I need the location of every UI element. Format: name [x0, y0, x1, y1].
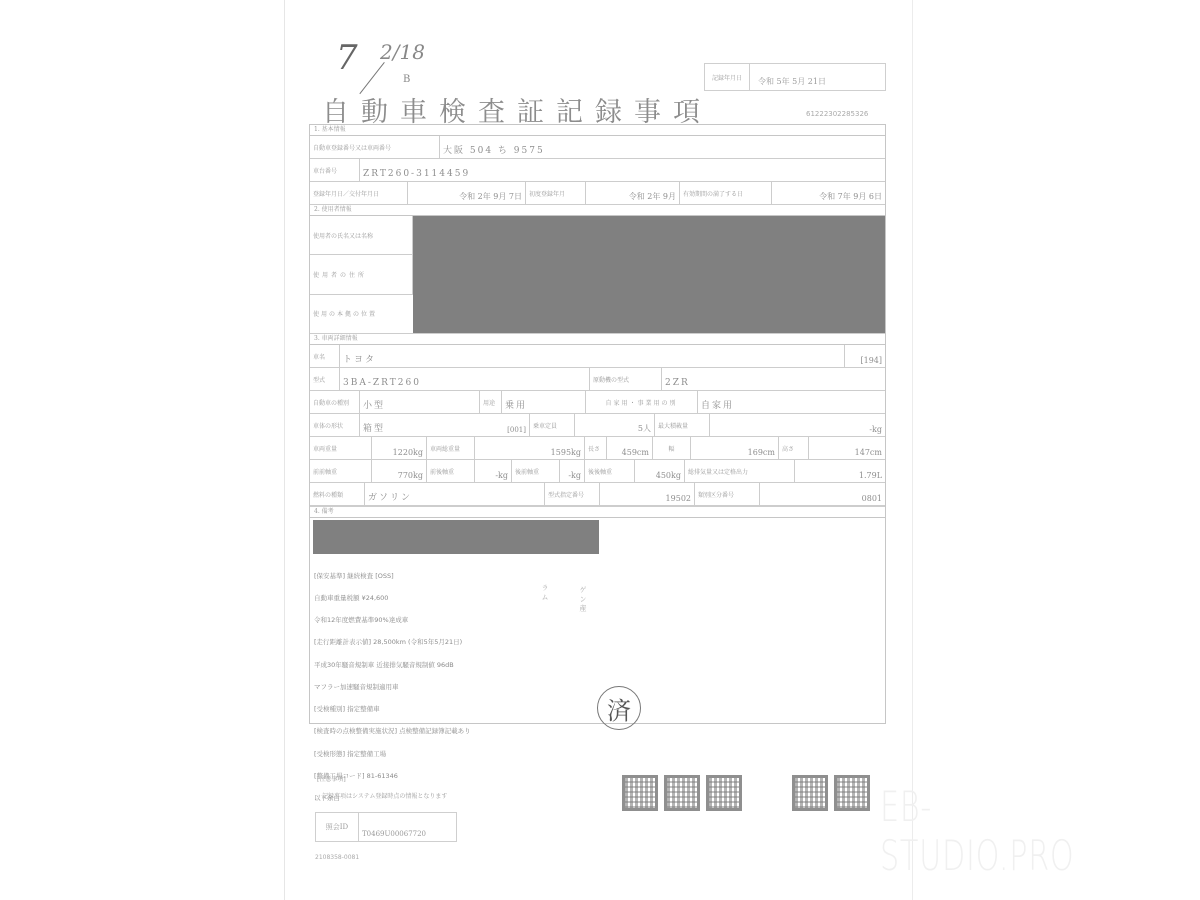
footer-code: 2108358-0081	[315, 854, 359, 861]
ff-axle-value: 770kg	[372, 460, 427, 482]
issue-id-value: T0469U00067720	[359, 813, 456, 841]
user-name-label: 使用者の氏名又は名称	[310, 216, 413, 255]
record-date-label: 記録年月日	[705, 64, 750, 90]
model-label: 型式	[310, 368, 340, 390]
model-row: 型式 3BA-ZRT260 原動機の型式 2ZR	[310, 368, 885, 391]
gross-value: 1595kg	[475, 437, 585, 459]
user-base-label: 使用の本拠の位置	[310, 295, 413, 333]
notes-line: 平成30年騒音規制車 近接排気騒音規制値 96dB	[314, 662, 471, 669]
notes-line: [走行距離計表示値] 28,500km (令和5年5月21日)	[314, 639, 471, 646]
displacement-label: 総排気量又は定格出力	[685, 460, 795, 482]
section-user-heading: 2. 使用者情報	[310, 205, 885, 216]
width-label: 幅	[653, 437, 691, 459]
notes-line: 令和12年度燃費基準90%達成車	[314, 617, 471, 624]
handwritten-letter: B	[403, 74, 410, 85]
issue-id-label: 照会ID	[316, 813, 359, 841]
capacity-value: 5人	[575, 414, 655, 436]
fr-axle-label: 前後軸重	[427, 460, 475, 482]
notes-line: [検査時の点検整備実施状況] 点検整備記録簿記載あり	[314, 728, 471, 735]
reg-date-value: 令和 2年 9月 7日	[408, 182, 526, 204]
category-value: 0801	[760, 483, 885, 505]
private-value: 自家用	[698, 391, 885, 413]
type-value: 小型	[360, 391, 480, 413]
reg-date-label: 登録年月日／交付年月日	[310, 182, 408, 204]
fr-axle-value: -kg	[475, 460, 512, 482]
body-value: 箱型 [001]	[360, 414, 530, 436]
serial-number: 61222302285326	[806, 110, 868, 118]
issue-id-box: 照会ID T0469U00067720	[315, 812, 457, 842]
maker-code: [194]	[845, 345, 885, 367]
axle-row: 前前軸重 770kg 前後軸重 -kg 後前軸重 -kg 後後軸重 450kg …	[310, 460, 885, 483]
watermark: EB-STUDIO.PRO	[880, 782, 1110, 880]
page-edge-left	[284, 0, 285, 900]
body-row: 車体の形状 箱型 [001] 乗車定員 5人 最大積載量 -kg	[310, 414, 885, 437]
weight-row: 車両重量 1220kg 車両総重量 1595kg 長さ 459cm 幅 169c…	[310, 437, 885, 460]
section-notes-heading: 4. 備考	[310, 506, 885, 518]
notes-line: [保安基準] 継続検査 [OSS]	[314, 573, 471, 580]
notes-line: マフラー加速騒音規制適用車	[314, 684, 471, 691]
model-value: 3BA-ZRT260	[340, 368, 590, 390]
handwritten-vertical-note: ラ ム	[540, 584, 550, 600]
approval-label: 型式指定番号	[545, 483, 600, 505]
weight-label: 車両重量	[310, 437, 372, 459]
qr-code-icon	[664, 775, 700, 811]
page-edge-right	[912, 0, 913, 900]
approval-value: 19502	[600, 483, 695, 505]
rf-axle-value: -kg	[560, 460, 585, 482]
max-load-label: 最大積載量	[655, 414, 710, 436]
type-row: 自動車の種別 小型 用途 乗用 自家用・事業用の別 自家用	[310, 391, 885, 414]
fuel-row: 燃料の種類 ガソリン 型式指定番号 19502 類別区分番号 0801	[310, 483, 885, 506]
engine-label: 原動機の型式	[590, 368, 662, 390]
height-label: 高さ	[779, 437, 809, 459]
capacity-label: 乗車定員	[530, 414, 575, 436]
width-value: 169cm	[691, 437, 779, 459]
registration-value: 大阪 504 ち 9575	[440, 136, 885, 158]
expiry-label: 有効期間の満了する日	[680, 182, 772, 204]
weight-value: 1220kg	[372, 437, 427, 459]
use-label: 用途	[480, 391, 502, 413]
rr-axle-value: 450kg	[635, 460, 685, 482]
notes-line: [受検種別] 指定整備車	[314, 706, 471, 713]
length-value: 459cm	[607, 437, 653, 459]
section-vehicle-heading: 3. 車両詳細情報	[310, 334, 885, 345]
chassis-row: 車台番号 ZRT260-3114459	[310, 159, 885, 182]
engine-value: 2ZR	[662, 368, 885, 390]
remarks-text: 記録事項はシステム登録時点の情報となります	[322, 791, 447, 800]
displacement-value: 1.79L	[795, 460, 885, 482]
inspection-form: 1. 基本情報 自動車登録番号又は車両番号 大阪 504 ち 9575 車台番号…	[309, 124, 886, 724]
first-reg-value: 令和 2年 9月	[586, 182, 680, 204]
body-code: [001]	[507, 426, 526, 434]
height-value: 147cm	[809, 437, 885, 459]
use-value: 乗用	[502, 391, 586, 413]
section-basic-heading: 1. 基本情報	[310, 125, 885, 136]
body-label: 車体の形状	[310, 414, 360, 436]
qr-code-icon	[622, 775, 658, 811]
completed-stamp-icon: 済	[597, 686, 641, 730]
fuel-value: ガソリン	[365, 483, 545, 505]
qr-code-icon	[834, 775, 870, 811]
redacted-user-info	[413, 216, 885, 333]
qr-code-icon	[792, 775, 828, 811]
maker-label: 車名	[310, 345, 340, 367]
registration-label: 自動車登録番号又は車両番号	[310, 136, 440, 158]
chassis-label: 車台番号	[310, 159, 360, 181]
notes-line: [受検形態] 指定整備工場	[314, 751, 471, 758]
record-date-box: 記録年月日 令和 5年 5月 21日	[704, 63, 886, 91]
private-label: 自家用・事業用の別	[586, 391, 698, 413]
length-label: 長さ	[585, 437, 607, 459]
qr-code-icon	[706, 775, 742, 811]
gross-label: 車両総重量	[427, 437, 475, 459]
dates-row: 登録年月日／交付年月日 令和 2年 9月 7日 初度登録年月 令和 2年 9月 …	[310, 182, 885, 205]
remarks-heading: [注意事項]	[317, 774, 346, 783]
user-address-label: 使用者の住所	[310, 255, 413, 294]
maker-value: トヨタ	[340, 345, 845, 367]
notes-block: [保安基準] 継続検査 [OSS] 自動車重量税額 ¥24,600 令和12年度…	[310, 518, 885, 723]
registration-row: 自動車登録番号又は車両番号 大阪 504 ち 9575	[310, 136, 885, 159]
category-label: 類別区分番号	[695, 483, 760, 505]
max-load-value: -kg	[710, 414, 885, 436]
rr-axle-label: 後後軸重	[585, 460, 635, 482]
handwritten-date: 2/18	[380, 40, 425, 64]
user-labels: 使用者の氏名又は名称 使用者の住所 使用の本拠の位置	[310, 216, 413, 333]
user-block: 使用者の氏名又は名称 使用者の住所 使用の本拠の位置	[310, 216, 885, 334]
first-reg-label: 初度登録年月	[526, 182, 586, 204]
fuel-label: 燃料の種類	[310, 483, 365, 505]
ff-axle-label: 前前軸重	[310, 460, 372, 482]
redacted-notes	[313, 520, 599, 554]
notes-line: 自動車重量税額 ¥24,600	[314, 595, 471, 602]
handwritten-number: 7	[336, 38, 358, 78]
rf-axle-label: 後前軸重	[512, 460, 560, 482]
type-label: 自動車の種別	[310, 391, 360, 413]
maker-row: 車名 トヨタ [194]	[310, 345, 885, 368]
record-date-value: 令和 5年 5月 21日	[750, 64, 885, 90]
body-shape: 箱型	[363, 421, 385, 434]
chassis-value: ZRT260-3114459	[360, 159, 885, 181]
expiry-value: 令和 7年 9月 6日	[772, 182, 885, 204]
handwritten-vertical-note: ゲ ン 産	[578, 586, 588, 611]
